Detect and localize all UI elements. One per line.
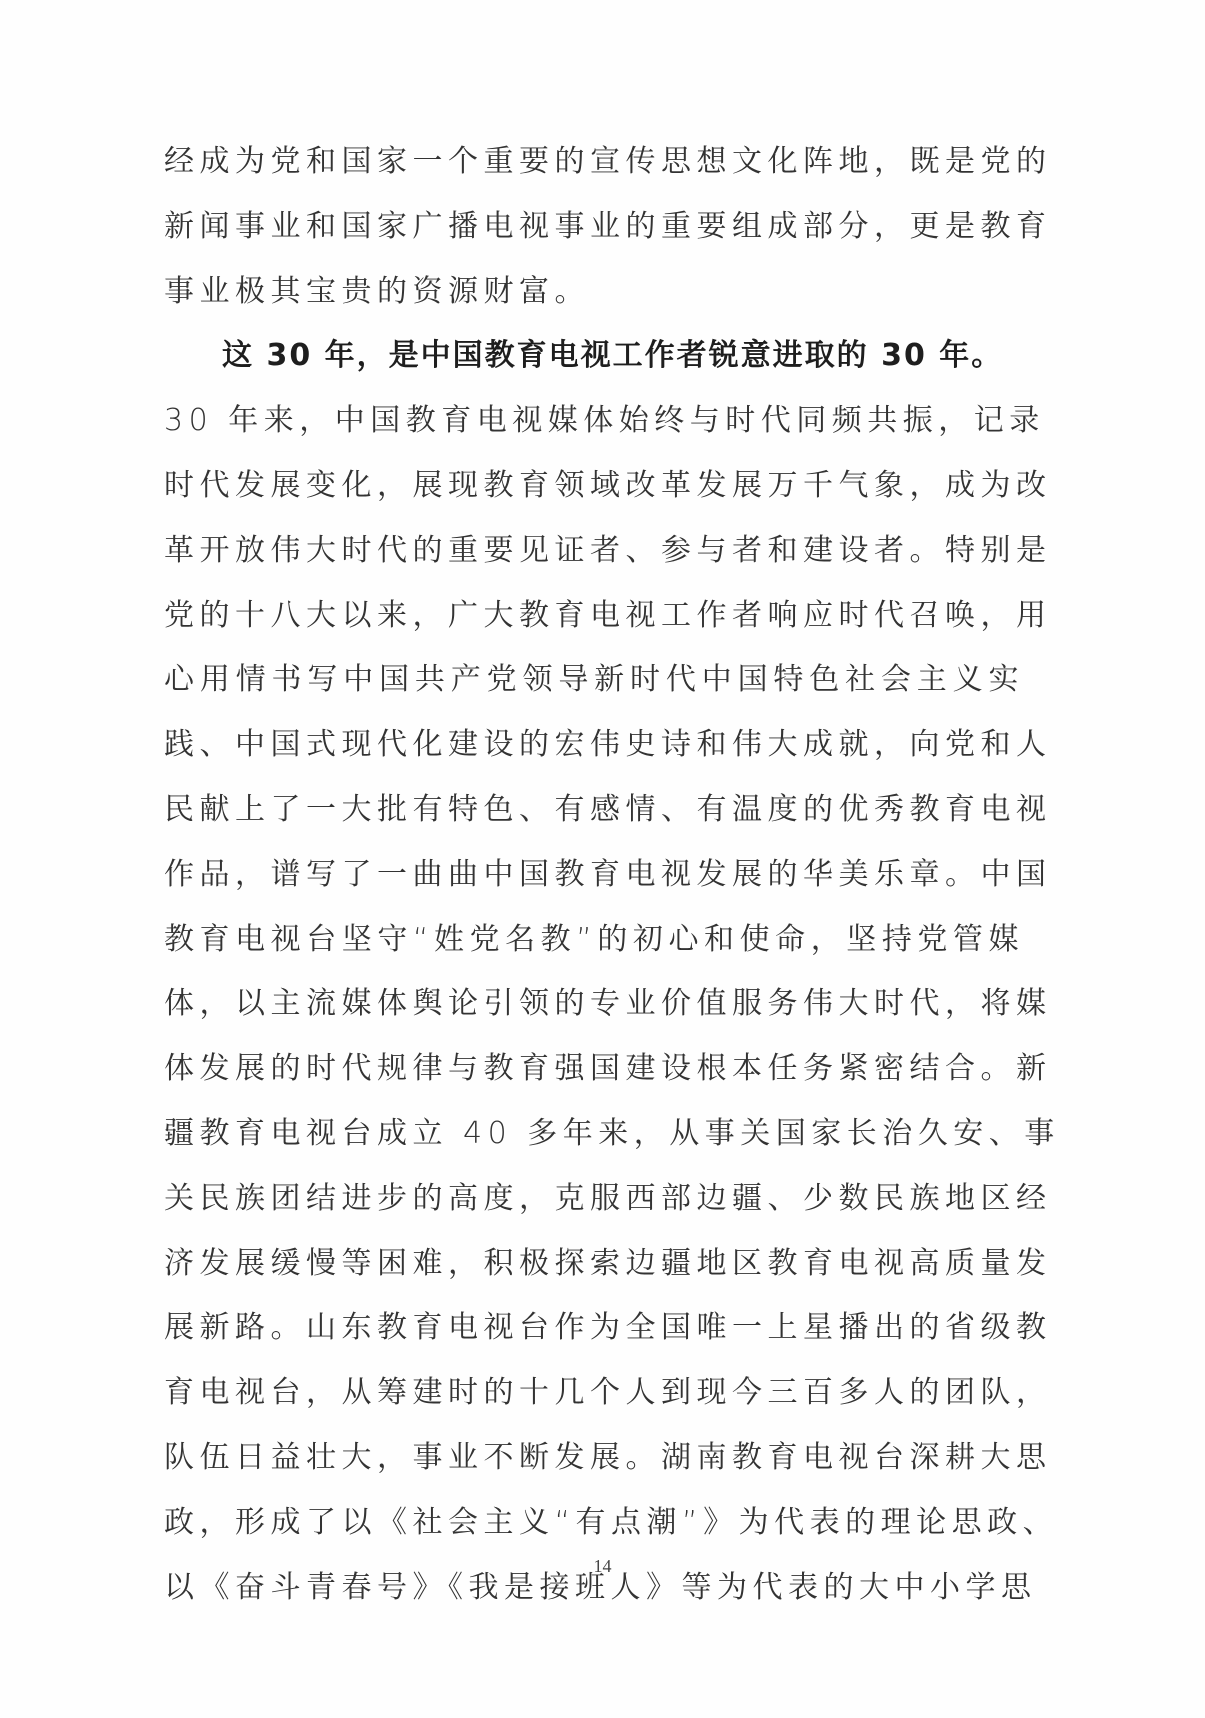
text-line: 政，形成了以《社会主义“有点潮”》为代表的理论思政、 bbox=[164, 1491, 1024, 1556]
text-line: 新闻事业和国家广播电视事业的重要组成部分，更是教育 bbox=[164, 195, 1024, 260]
page-number: 14 bbox=[0, 1556, 1205, 1577]
body-text: 经成为党和国家一个重要的宣传思想文化阵地，既是党的 新闻事业和国家广播电视事业的… bbox=[164, 130, 1024, 1620]
text-line: 教育电视台坚守“姓党名教”的初心和使命，坚持党管媒 bbox=[164, 908, 1024, 973]
text-line: 队伍日益壮大，事业不断发展。湖南教育电视台深耕大思 bbox=[164, 1426, 1024, 1491]
text-line: 民献上了一大批有特色、有感情、有温度的优秀教育电视 bbox=[164, 778, 1024, 843]
text-line: 疆教育电视台成立 40 多年来，从事关国家长治久安、事 bbox=[164, 1102, 1024, 1167]
text-line: 济发展缓慢等困难，积极探索边疆地区教育电视高质量发 bbox=[164, 1232, 1024, 1297]
text-line: 30 年来，中国教育电视媒体始终与时代同频共振，记录 bbox=[164, 389, 1024, 454]
text-line: 事业极其宝贵的资源财富。 bbox=[164, 260, 1024, 325]
text-line: 作品，谱写了一曲曲中国教育电视发展的华美乐章。中国 bbox=[164, 843, 1024, 908]
text-line: 革开放伟大时代的重要见证者、参与者和建设者。特别是 bbox=[164, 519, 1024, 584]
document-page: 经成为党和国家一个重要的宣传思想文化阵地，既是党的 新闻事业和国家广播电视事业的… bbox=[0, 0, 1205, 1718]
text-line: 经成为党和国家一个重要的宣传思想文化阵地，既是党的 bbox=[164, 130, 1024, 195]
text-line: 体发展的时代规律与教育强国建设根本任务紧密结合。新 bbox=[164, 1037, 1024, 1102]
text-line: 心用情书写中国共产党领导新时代中国特色社会主义实 bbox=[164, 648, 1024, 713]
text-line: 践、中国式现代化建设的宏伟史诗和伟大成就，向党和人 bbox=[164, 713, 1024, 778]
text-line: 展新路。山东教育电视台作为全国唯一上星播出的省级教 bbox=[164, 1296, 1024, 1361]
text-line: 时代发展变化，展现教育领域改革发展万千气象，成为改 bbox=[164, 454, 1024, 519]
text-line: 党的十八大以来，广大教育电视工作者响应时代召唤，用 bbox=[164, 584, 1024, 649]
section-heading: 这 30 年，是中国教育电视工作者锐意进取的 30 年。 bbox=[164, 324, 1024, 389]
text-line: 育电视台，从筹建时的十几个人到现今三百多人的团队， bbox=[164, 1361, 1024, 1426]
text-line: 关民族团结进步的高度，克服西部边疆、少数民族地区经 bbox=[164, 1167, 1024, 1232]
text-line: 体，以主流媒体舆论引领的专业价值服务伟大时代，将媒 bbox=[164, 972, 1024, 1037]
